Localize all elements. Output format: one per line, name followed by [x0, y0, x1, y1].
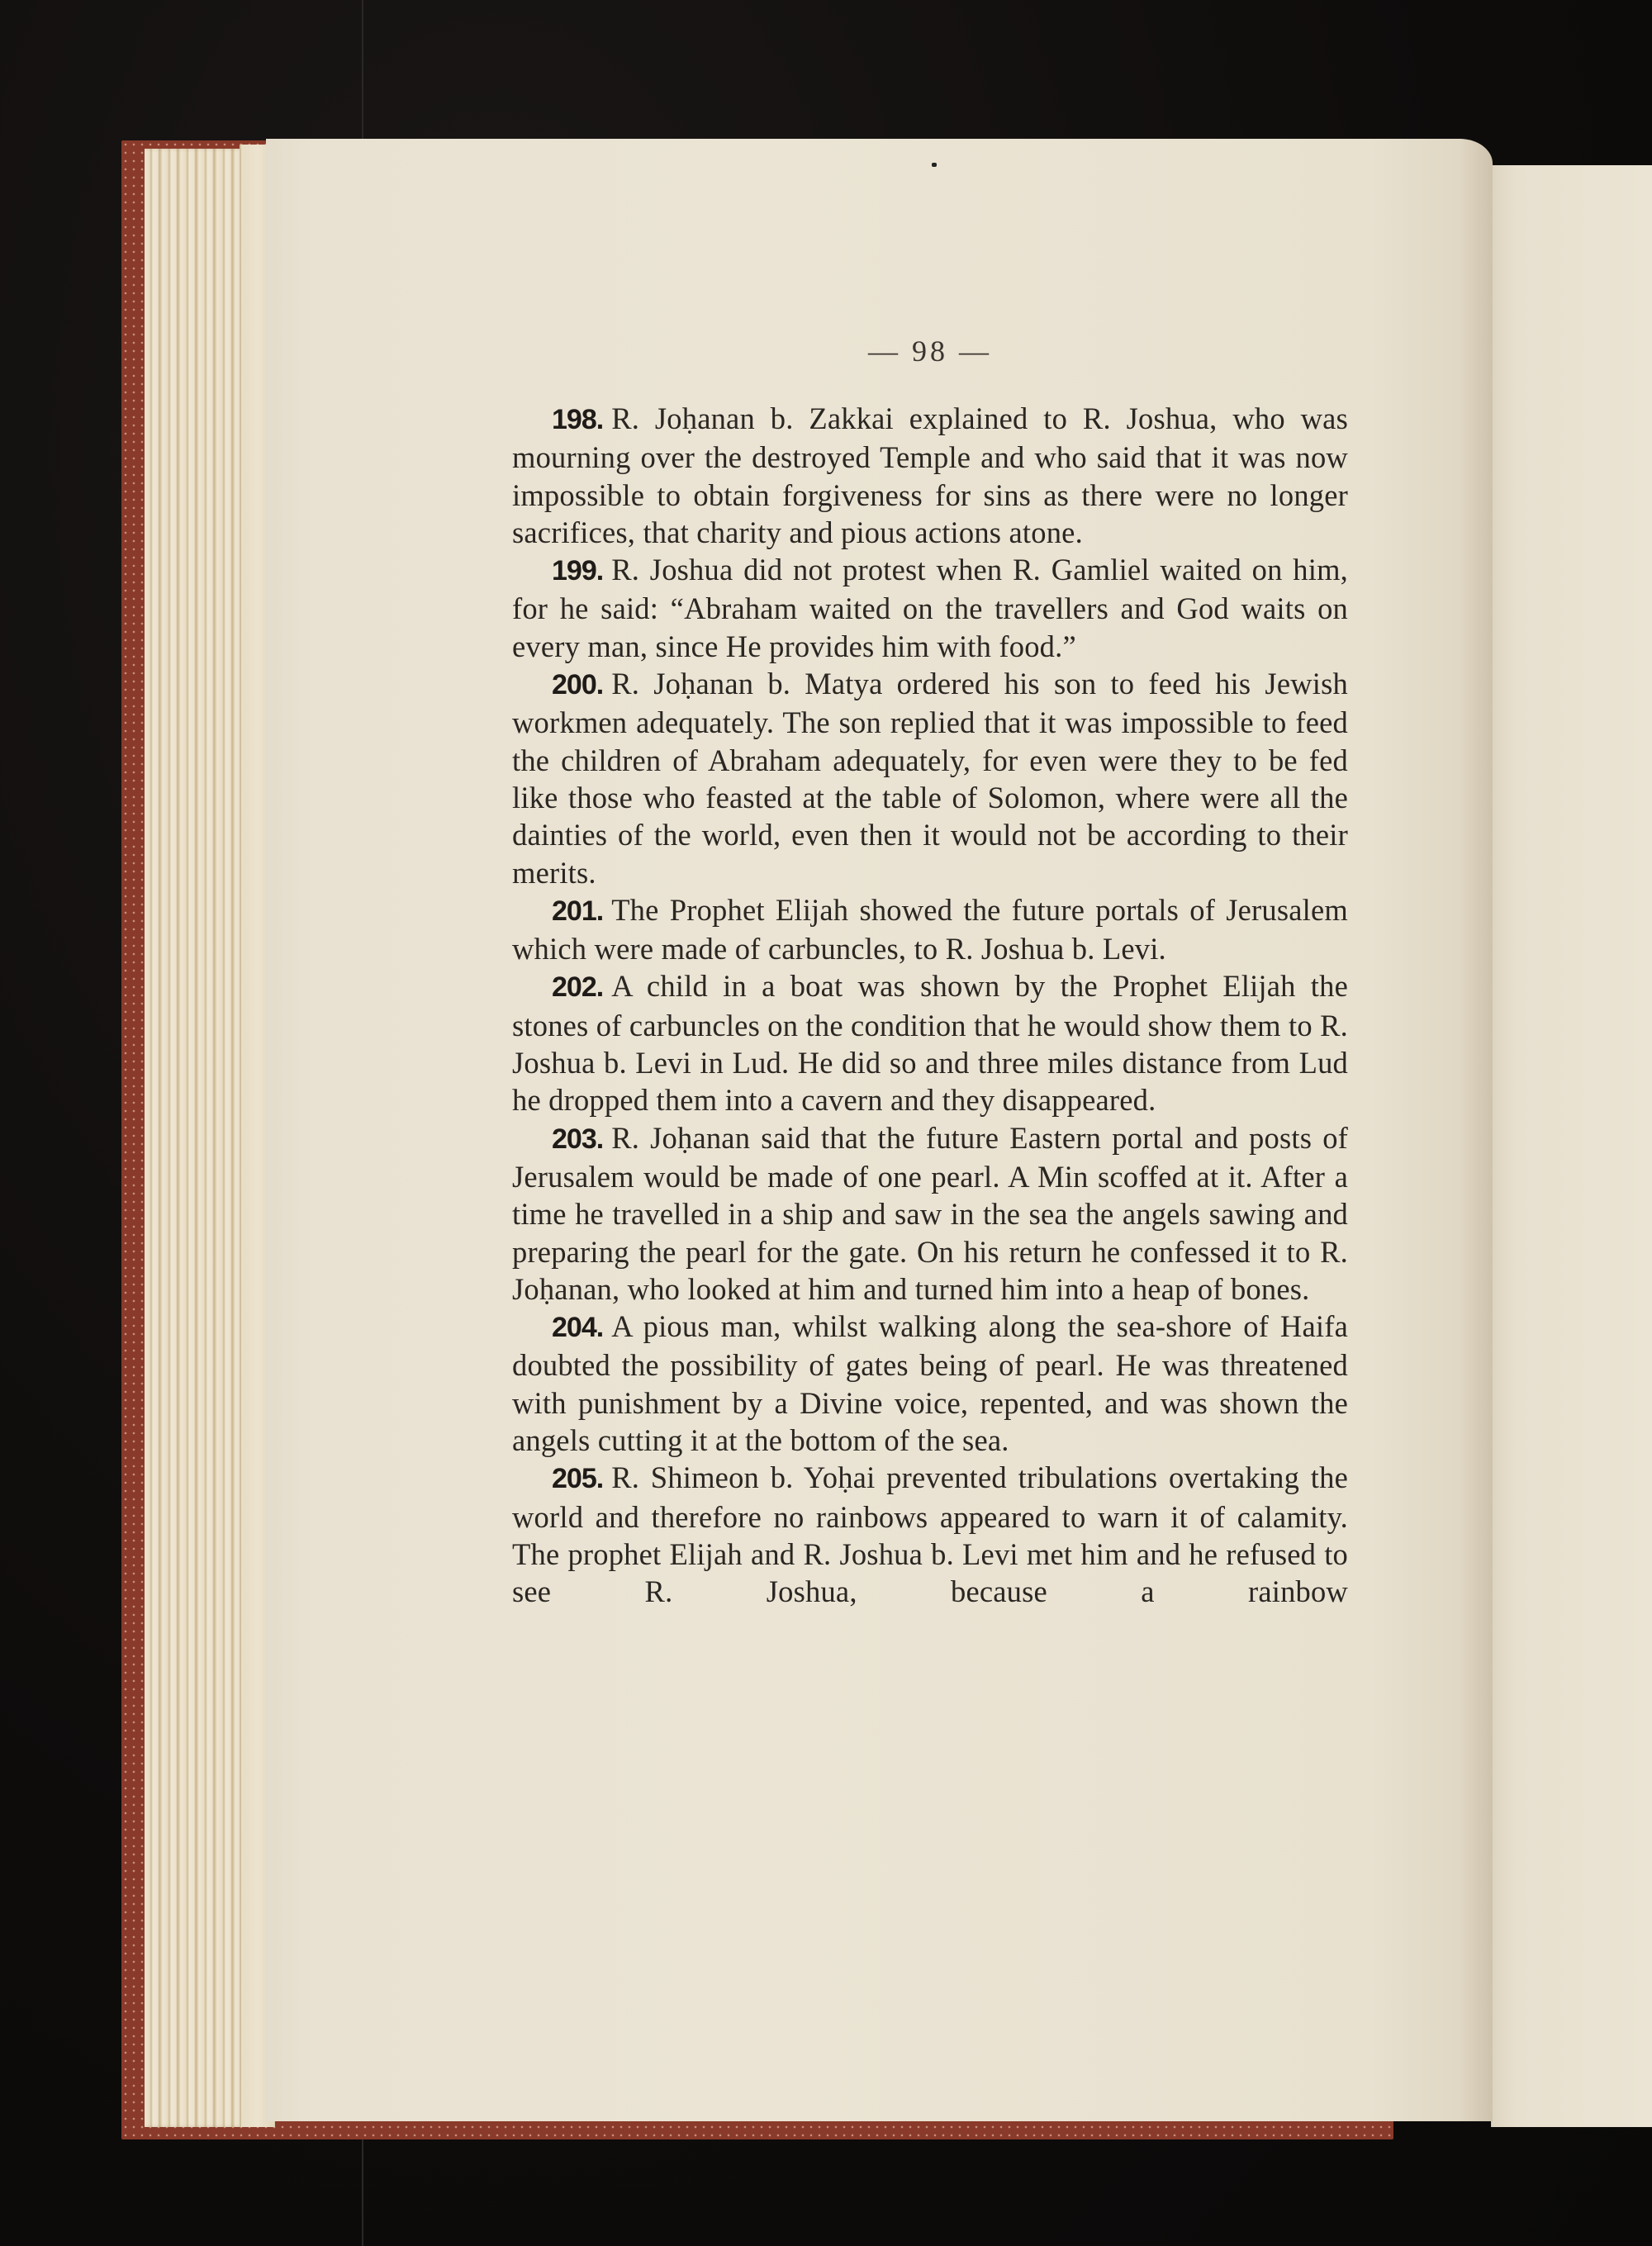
entry-203: 203.R. Joḥanan said that the future East…	[512, 1119, 1348, 1308]
entry-text: A pious man, whilst walking along the se…	[512, 1309, 1348, 1457]
page-number: — 98 —	[512, 334, 1348, 368]
entry-text: R. Shimeon b. Yoḥai prevented tribulatio…	[512, 1460, 1348, 1608]
ink-speck	[932, 163, 937, 167]
entry-number: 203.	[552, 1123, 603, 1155]
entry-205: 205.R. Shimeon b. Yoḥai prevented tribul…	[512, 1459, 1348, 1610]
entry-200: 200.R. Joḥanan b. Matya ordered his son …	[512, 665, 1348, 891]
entry-number: 199.	[552, 555, 603, 586]
entry-199: 199.R. Joshua did not protest when R. Ga…	[512, 551, 1348, 665]
entry-204: 204.A pious man, whilst walking along th…	[512, 1308, 1348, 1459]
entry-number: 205.	[552, 1463, 603, 1494]
facing-page-right	[1491, 165, 1652, 2127]
entry-text: R. Joshua did not protest when R. Gamlie…	[512, 553, 1348, 663]
entry-text: The Prophet Elijah showed the future por…	[512, 893, 1348, 966]
entry-number: 204.	[552, 1312, 603, 1343]
entry-text: R. Joḥanan said that the future Eastern …	[512, 1121, 1348, 1306]
entry-text: R. Joḥanan b. Matya ordered his son to f…	[512, 667, 1348, 889]
entry-202: 202.A child in a boat was shown by the P…	[512, 967, 1348, 1118]
entry-201: 201.The Prophet Elijah showed the future…	[512, 891, 1348, 968]
entry-number: 201.	[552, 895, 603, 927]
entry-number: 198.	[552, 404, 603, 435]
entry-number: 202.	[552, 971, 603, 1003]
entry-198: 198.R. Joḥanan b. Zakkai explained to R.…	[512, 400, 1348, 551]
entry-text: A child in a boat was shown by the Proph…	[512, 969, 1348, 1117]
entry-number: 200.	[552, 669, 603, 700]
entry-text: R. Joḥanan b. Zakkai explained to R. Jos…	[512, 401, 1348, 549]
entries-list: 198.R. Joḥanan b. Zakkai explained to R.…	[512, 400, 1348, 1611]
